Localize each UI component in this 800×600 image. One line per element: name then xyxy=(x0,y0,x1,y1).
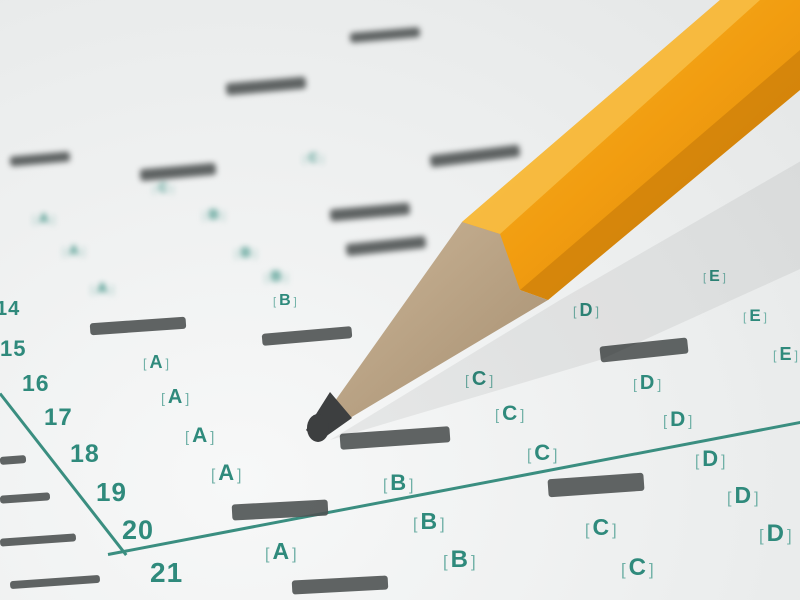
answer-bubble-b: [B] xyxy=(440,546,479,574)
answer-bubble-a: [A] xyxy=(140,352,172,373)
question-number: 15 xyxy=(0,336,26,362)
answer-bubble-b: [B] xyxy=(270,292,300,310)
filled-bubble-mark xyxy=(0,455,26,465)
filled-bubble-mark xyxy=(599,337,688,362)
filled-bubble-mark xyxy=(292,575,389,594)
answer-bubble-c: [C] xyxy=(582,514,620,541)
filled-bubble-mark xyxy=(0,533,76,546)
filled-bubble-mark xyxy=(262,326,353,346)
answer-bubble-d: [D] xyxy=(756,520,795,548)
answer-bubble-d: [D] xyxy=(692,446,728,472)
answer-bubble-c: [C] xyxy=(462,368,496,391)
filled-bubble-mark xyxy=(340,426,451,450)
answer-bubble-d: [D] xyxy=(724,482,762,509)
answer-bubble-c: [C] xyxy=(618,554,657,582)
answer-bubble-b: [B] xyxy=(410,508,448,535)
answer-bubble-d: [D] xyxy=(570,300,602,321)
answer-bubble-a: [A] xyxy=(158,386,192,409)
answer-sheet-photo: [A][A][A][B][B][B][C][C] 141516171819202… xyxy=(0,0,800,600)
filled-bubble-mark xyxy=(0,492,50,503)
answer-bubble-c: [C] xyxy=(524,440,560,466)
question-number: 20 xyxy=(122,515,154,546)
filled-bubble-mark xyxy=(10,575,100,589)
answer-bubble-a: [A] xyxy=(262,538,300,565)
answer-bubble-e: [E] xyxy=(700,268,729,286)
answer-bubble-a: [A] xyxy=(182,424,217,448)
answer-bubble-e: [E] xyxy=(770,344,800,365)
question-number: 14 xyxy=(0,298,20,321)
question-number: 19 xyxy=(96,477,127,508)
answer-bubble-c: [C] xyxy=(492,402,527,426)
answer-bubble-d: [D] xyxy=(630,372,664,395)
question-number: 18 xyxy=(70,440,100,469)
answer-bubble-d: [D] xyxy=(660,408,695,432)
answer-bubble-a: [A] xyxy=(208,460,244,486)
filled-bubble-mark xyxy=(232,499,329,520)
filled-bubble-mark xyxy=(547,473,644,498)
answer-bubble-b: [B] xyxy=(380,470,416,496)
answer-sheet: 1415161718192021[A][A][A][A][A][B][B][B]… xyxy=(0,0,800,600)
filled-bubble-mark xyxy=(90,317,187,336)
question-number: 17 xyxy=(44,404,73,432)
question-number: 16 xyxy=(22,370,50,397)
answer-bubble-e: [E] xyxy=(740,306,770,326)
question-number: 21 xyxy=(150,557,183,589)
